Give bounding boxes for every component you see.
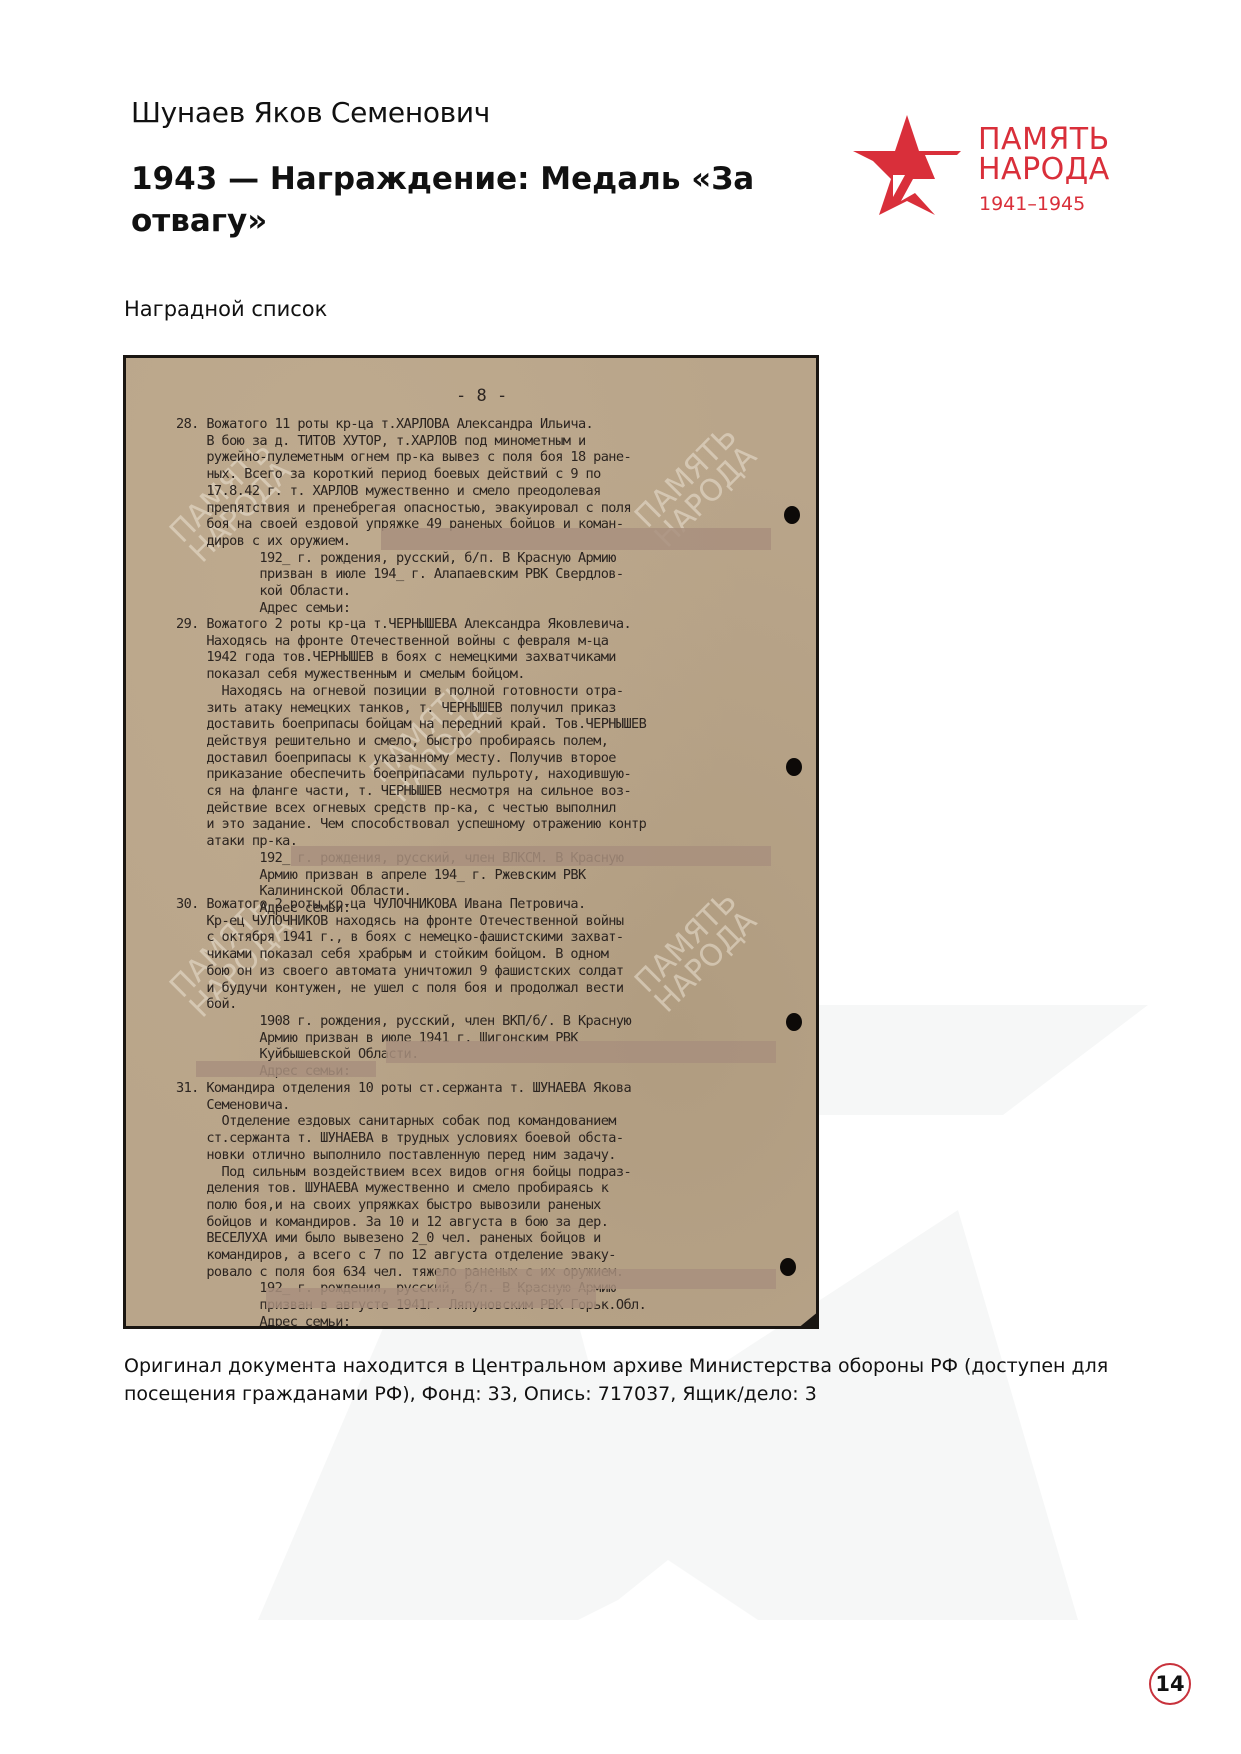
redaction-bar — [386, 1041, 776, 1063]
redaction-bar — [291, 846, 771, 866]
redaction-bar — [381, 528, 771, 550]
logo-years: 1941–1945 — [979, 193, 1085, 215]
binder-hole — [786, 758, 802, 776]
pamyat-naroda-logo[interactable]: ПАМЯТЬ НАРОДА 1941–1945 — [853, 110, 1123, 220]
entry-28: 28. Вожатого 11 роты кр-ца т.ХАРЛОВА Але… — [176, 416, 631, 616]
document-caption: Наградной список — [124, 297, 327, 321]
logo-text-line1: ПАМЯТЬ — [978, 125, 1110, 155]
page-marker: - 8 - — [456, 386, 507, 406]
binder-hole — [786, 1013, 802, 1031]
person-name: Шунаев Яков Семенович — [131, 96, 490, 129]
torn-corner — [797, 1311, 819, 1329]
page-number: 14 — [1149, 1663, 1191, 1705]
redaction-bar — [196, 1061, 376, 1077]
entry-29: 29. Вожатого 2 роты кр-ца т.ЧЕРНЫШЕВА Ал… — [176, 616, 646, 917]
scan-watermark: ПАМЯТЬ НАРОДА — [631, 887, 762, 1018]
red-star-icon — [853, 115, 961, 215]
redaction-bar — [266, 1288, 596, 1308]
binder-hole — [784, 506, 800, 524]
binder-hole — [780, 1258, 796, 1276]
archive-note: Оригинал документа находится в Центральн… — [124, 1352, 1124, 1408]
award-list-scan: ПАМЯТЬ НАРОДА ПАМЯТЬ НАРОДА ПАМЯТЬ НАРОД… — [123, 355, 819, 1329]
logo-text-line2: НАРОДА — [978, 155, 1110, 185]
award-title: 1943 — Награждение: Медаль «За отвагу» — [131, 158, 791, 242]
redaction-bar — [436, 1269, 776, 1289]
